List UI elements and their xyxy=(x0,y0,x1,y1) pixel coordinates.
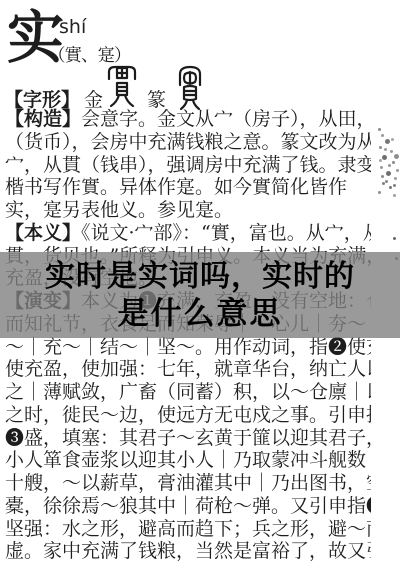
caption-line-2: 是什么意思 xyxy=(118,296,283,333)
body-text: 《说文·宀部》：“實，富也。从宀，从貫。 xyxy=(81,222,371,244)
body-line: 之时，徙民～边，使远方无屯戍之事。引申指 xyxy=(5,404,371,427)
pinyin: shí xyxy=(59,16,86,38)
body-line: （货币），会房中充满钱粮之意。篆文改为从 xyxy=(5,131,371,154)
body-line: 虚。家中充满了钱粮，当然是富裕了，故又引 xyxy=(5,540,371,563)
body-text: 十艘，～以薪草，膏油灌其中｜乃出图书，空囊 xyxy=(5,472,371,494)
dictionary-scan-page: 实 shí （實、寔） 【字形】 金 篆 【构造】会意字。金文从宀（房子），从田… xyxy=(0,0,400,583)
body-text: 宀，从貫（钱串），强调房中充满了钱。隶变后 xyxy=(5,154,371,176)
body-text: 坚强：水之形，避高而趋下；兵之形，避～而击 xyxy=(5,518,371,540)
body-text: 实，寔另表他义。参见寔。 xyxy=(5,199,233,221)
section-label: 【构造】 xyxy=(5,108,81,130)
body-line: 坚强：水之形，避高而趋下；兵之形，避～而击 xyxy=(5,518,371,541)
caption-line-1: 实时是实词吗，实时的 xyxy=(45,258,355,296)
body-text: ❸盛，填塞：其君子～玄黄于篚以迎其君子，其 xyxy=(5,427,371,449)
body-line: 实，寔另表他义。参见寔。 xyxy=(5,199,371,222)
bronze-script-glyph-icon xyxy=(106,64,138,114)
body-line: 十艘，～以薪草，膏油灌其中｜乃出图书，空囊 xyxy=(5,472,371,495)
body-text: 会意字。金文从宀（房子），从田，从贝 xyxy=(81,108,371,130)
body-text: 虚。家中充满了钱粮，当然是富裕了，故又引 xyxy=(5,540,371,562)
body-line: 橐，徐徐焉～狼其中｜荷枪～弹。又引申指❹ xyxy=(5,495,371,518)
body-line: ❸盛，填塞：其君子～玄黄于篚以迎其君子，其 xyxy=(5,427,371,450)
body-text: ～｜充～｜结～｜坚～。用作动词，指❷使充满， xyxy=(5,336,371,358)
body-text: 使充盈，使加强：七年，就章华台，纳亡人以～ xyxy=(5,358,371,380)
body-line: 之｜薄赋敛，广畜（同蓄）积，以～仓廪｜以陛下 xyxy=(5,381,371,404)
body-line: 小人箪食壶浆以迎其小人｜乃取蒙冲斗舰数 xyxy=(5,449,371,472)
scan-noise-artifact xyxy=(378,128,381,131)
section-label: 【本义】 xyxy=(5,222,81,244)
body-text: 橐，徐徐焉～狼其中｜荷枪～弹。又引申指❹ xyxy=(5,495,371,517)
body-text: 小人箪食壶浆以迎其小人｜乃取蒙冲斗舰数 xyxy=(5,449,366,471)
body-line: 使充盈，使加强：七年，就章华台，纳亡人以～ xyxy=(5,358,371,381)
body-text: 之｜薄赋敛，广畜（同蓄）积，以～仓廪｜以陛下 xyxy=(5,381,371,403)
body-text: 楷书写作實。异体作寔。如今實简化皆作 xyxy=(5,176,347,198)
body-text: （货币），会房中充满钱粮之意。篆文改为从 xyxy=(5,131,371,153)
body-text: 之时，徙民～边，使远方无屯戍之事。引申指 xyxy=(5,404,371,426)
caption-overlay[interactable]: 实时是实词吗，实时的 是什么意思 xyxy=(0,252,400,338)
body-line: ～｜充～｜结～｜坚～。用作动词，指❷使充满， xyxy=(5,336,371,359)
body-line: 宀，从貫（钱串），强调房中充满了钱。隶变后 xyxy=(5,154,371,177)
body-line: 【本义】《说文·宀部》：“實，富也。从宀，从貫。 xyxy=(5,222,371,245)
body-line: 楷书写作實。异体作寔。如今實简化皆作 xyxy=(5,176,371,199)
body-line: 【构造】会意字。金文从宀（房子），从田，从贝 xyxy=(5,108,371,131)
